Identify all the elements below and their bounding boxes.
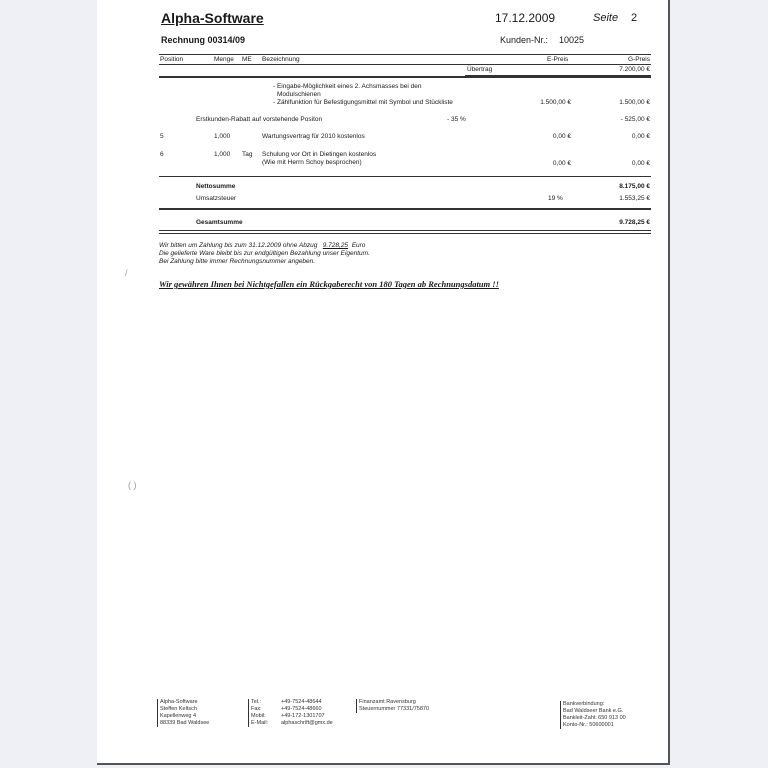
footer-address: Alpha-Software Steffen Keltsch Kapellenw… xyxy=(157,699,209,727)
footer-bank: Bankverbindung: Bad Waldseer Bank e.G. B… xyxy=(560,701,626,729)
row-quantity: 1,000 xyxy=(214,133,230,140)
net-value: 8.175,00 € xyxy=(587,183,650,190)
scan-mark: ( ) xyxy=(128,480,137,490)
invoice-page: Alpha-Software 17.12.2009 Seite 2 Rechnu… xyxy=(97,0,670,765)
col-total-price: G-Preis xyxy=(587,56,650,63)
payment-amount: 9.728,25 xyxy=(323,242,348,249)
item-line: - Zählfunktion für Befestigungsmittel mi… xyxy=(273,99,453,106)
carryover-value: 7.200,00 € xyxy=(587,66,650,73)
footer-label: Mobil: xyxy=(251,713,281,720)
divider xyxy=(159,233,651,234)
gross-label: Gesamtsumme xyxy=(196,219,243,226)
row-position: 5 xyxy=(160,133,164,140)
carryover-label: Übertrag xyxy=(467,66,492,73)
footer-line: Bankleit-Zahl: 650 913 00 xyxy=(563,715,626,722)
footer-line: Steuernummer 77331/75870 xyxy=(359,706,429,713)
divider xyxy=(159,64,651,65)
customer-label: Kunden-Nr.: xyxy=(500,35,548,45)
item-total-price: 1.500,00 € xyxy=(587,99,650,106)
divider xyxy=(159,176,651,177)
discount-label: Erstkunden-Rabatt auf vorstehende Posito… xyxy=(196,116,322,123)
row-unit-price: 0,00 € xyxy=(507,160,571,167)
vat-value: 1.553,25 € xyxy=(587,195,650,202)
footer-value: alphaschrift@gmx.de xyxy=(281,720,333,727)
footer-contact: Tel.:+49-7524-48644 Fax:+49-7524-48660 M… xyxy=(248,699,333,727)
col-unit: ME xyxy=(242,56,252,63)
payment-currency: Euro xyxy=(352,242,366,249)
invoice-number: Rechnung 00314/09 xyxy=(161,35,245,45)
footer-line: Steffen Keltsch xyxy=(160,706,209,713)
payment-text: Wir bitten um Zahlung bis zum 31.12.2009… xyxy=(159,242,317,249)
footer-tax: Finanzamt Ravensburg Steuernummer 77331/… xyxy=(356,699,429,713)
payment-line-1: Wir bitten um Zahlung bis zum 31.12.2009… xyxy=(159,242,365,249)
item-line: - Eingabe-Möglichkeit eines 2. Achsmasse… xyxy=(273,83,422,90)
footer-value: +49-172-1301707 xyxy=(281,713,325,720)
footer-label: Tel.: xyxy=(251,699,281,706)
divider xyxy=(159,54,651,55)
company-name: Alpha-Software xyxy=(161,10,264,26)
invoice-date: 17.12.2009 xyxy=(495,11,555,25)
divider xyxy=(159,208,651,210)
payment-line-3: Bei Zahlung bitte immer Rechnungsnummer … xyxy=(159,258,315,265)
footer-line: Konto-Nr.: 50600001 xyxy=(563,722,626,729)
vat-label: Umsatzsteuer xyxy=(196,195,236,202)
row-position: 6 xyxy=(160,151,164,158)
footer-line: Bad Waldseer Bank e.G. xyxy=(563,708,626,715)
footer-label: E-Mail: xyxy=(251,720,281,727)
footer-line: Alpha-Software xyxy=(160,699,209,706)
col-description: Bezeichnung xyxy=(262,56,300,63)
row-total-price: 0,00 € xyxy=(587,133,650,140)
divider xyxy=(159,230,651,231)
footer-value: +49-7524-48644 xyxy=(281,699,322,706)
page-label: Seite xyxy=(593,12,618,24)
col-unit-price: E-Preis xyxy=(547,56,568,63)
row-description: (Wie mit Herrn Schoy besprochen) xyxy=(262,159,362,166)
row-quantity: 1,000 xyxy=(214,151,230,158)
row-total-price: 0,00 € xyxy=(587,160,650,167)
footer-label: Fax: xyxy=(251,706,281,713)
col-quantity: Menge xyxy=(214,56,234,63)
gross-value: 9.728,25 € xyxy=(587,219,650,226)
payment-line-2: Die gelieferte Ware bleibt bis zur endgü… xyxy=(159,250,370,257)
return-policy-notice: Wir gewähren Ihnen bei Nichtgefallen ein… xyxy=(159,279,499,289)
footer-line: Kapellenweg 4 xyxy=(160,713,209,720)
item-line: Modulschienen xyxy=(277,91,321,98)
row-description: Wartungsvertrag für 2010 kostenlos xyxy=(262,133,365,140)
row-unit: Tag xyxy=(242,151,252,158)
vat-rate: 19 % xyxy=(548,195,563,202)
col-position: Position xyxy=(160,56,183,63)
footer-line: 88339 Bad Waldsee xyxy=(160,720,209,727)
customer-number: 10025 xyxy=(559,35,584,45)
page-number: 2 xyxy=(631,12,637,24)
divider xyxy=(159,76,651,78)
scan-mark: / xyxy=(125,268,128,278)
row-unit-price: 0,00 € xyxy=(507,133,571,140)
footer-line: Bankverbindung: xyxy=(563,701,626,708)
discount-value: - 525,00 € xyxy=(587,116,650,123)
footer-line: Finanzamt Ravensburg xyxy=(359,699,429,706)
footer-value: +49-7524-48660 xyxy=(281,706,322,713)
discount-percent: - 35 % xyxy=(447,116,466,123)
row-description: Schulung vor Ort in Dietingen kostenlos xyxy=(262,151,376,158)
item-unit-price: 1.500,00 € xyxy=(507,99,571,106)
net-label: Nettosumme xyxy=(196,183,235,190)
